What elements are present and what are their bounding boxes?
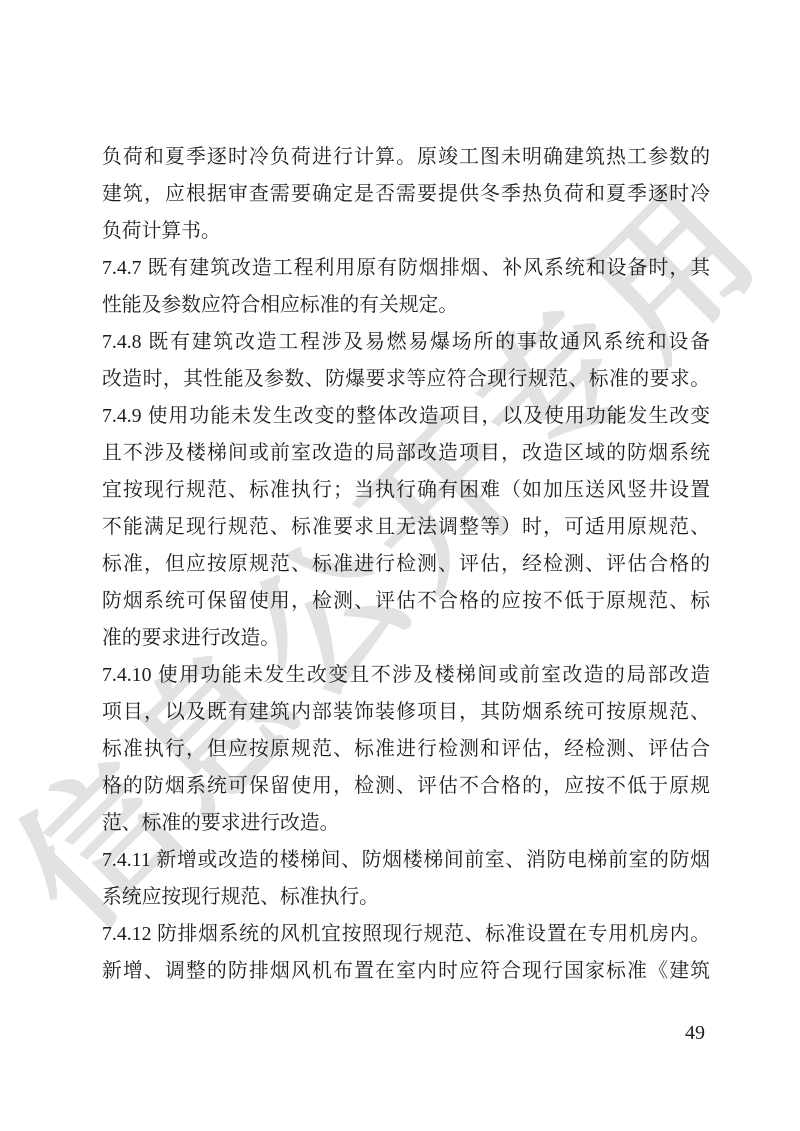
text-line: 改造时，其性能及参数、防爆要求等应符合现行规范、标准的要求。 (102, 361, 710, 398)
text-line: 7.4.8 既有建筑改造工程涉及易燃易爆场所的事故通风系统和设备 (102, 324, 710, 361)
text-line: 不能满足现行规范、标准要求且无法调整等）时，可适用原规范、 (102, 509, 710, 546)
text-line: 且不涉及楼梯间或前室改造的局部改造项目，改造区域的防烟系统 (102, 435, 710, 472)
text-line: 7.4.12 防排烟系统的风机宜按照现行规范、标准设置在专用机房内。 (102, 916, 710, 953)
text-line: 准的要求进行改造。 (102, 620, 710, 657)
text-line: 标准执行，但应按原规范、标准进行检测和评估，经检测、评估合 (102, 731, 710, 768)
text-line: 负荷和夏季逐时冷负荷进行计算。原竣工图未明确建筑热工参数的 (102, 139, 710, 176)
document-page: 信息公开专用 负荷和夏季逐时冷负荷进行计算。原竣工图未明确建筑热工参数的建筑，应… (0, 0, 800, 1131)
text-line: 标准，但应按原规范、标准进行检测、评估，经检测、评估合格的 (102, 546, 710, 583)
paragraph-sec-7-4-9: 7.4.9 使用功能未发生改变的整体改造项目，以及使用功能发生改变且不涉及楼梯间… (102, 398, 710, 657)
text-line: 新增、调整的防排烟风机布置在室内时应符合现行国家标准《建筑 (102, 953, 710, 990)
text-line: 7.4.9 使用功能未发生改变的整体改造项目，以及使用功能发生改变 (102, 398, 710, 435)
text-line: 建筑，应根据审查需要确定是否需要提供冬季热负荷和夏季逐时冷 (102, 176, 710, 213)
text-line: 7.4.10 使用功能未发生改变且不涉及楼梯间或前室改造的局部改造 (102, 657, 710, 694)
text-line: 负荷计算书。 (102, 213, 710, 250)
paragraph-sec-7-4-10: 7.4.10 使用功能未发生改变且不涉及楼梯间或前室改造的局部改造项目，以及既有… (102, 657, 710, 842)
text-line: 性能及参数应符合相应标准的有关规定。 (102, 287, 710, 324)
text-line: 范、标准的要求进行改造。 (102, 805, 710, 842)
text-line: 7.4.7 既有建筑改造工程利用原有防烟排烟、补风系统和设备时，其 (102, 250, 710, 287)
paragraph-sec-7-4-12: 7.4.12 防排烟系统的风机宜按照现行规范、标准设置在专用机房内。新增、调整的… (102, 916, 710, 990)
text-line: 格的防烟系统可保留使用，检测、评估不合格的，应按不低于原规 (102, 768, 710, 805)
text-line: 防烟系统可保留使用，检测、评估不合格的应按不低于原规范、标 (102, 583, 710, 620)
text-column: 负荷和夏季逐时冷负荷进行计算。原竣工图未明确建筑热工参数的建筑，应根据审查需要确… (102, 139, 710, 990)
paragraph-sec-7-4-7: 7.4.7 既有建筑改造工程利用原有防烟排烟、补风系统和设备时，其性能及参数应符… (102, 250, 710, 324)
text-line: 7.4.11 新增或改造的楼梯间、防烟楼梯间前室、消防电梯前室的防烟 (102, 842, 710, 879)
page-number: 49 (640, 1018, 750, 1048)
text-line: 宜按现行规范、标准执行；当执行确有困难（如加压送风竖井设置 (102, 472, 710, 509)
paragraph-continued-paragraph: 负荷和夏季逐时冷负荷进行计算。原竣工图未明确建筑热工参数的建筑，应根据审查需要确… (102, 139, 710, 250)
text-line: 系统应按现行规范、标准执行。 (102, 879, 710, 916)
text-line: 项目，以及既有建筑内部装饰装修项目，其防烟系统可按原规范、 (102, 694, 710, 731)
paragraph-sec-7-4-11: 7.4.11 新增或改造的楼梯间、防烟楼梯间前室、消防电梯前室的防烟系统应按现行… (102, 842, 710, 916)
paragraph-sec-7-4-8: 7.4.8 既有建筑改造工程涉及易燃易爆场所的事故通风系统和设备改造时，其性能及… (102, 324, 710, 398)
